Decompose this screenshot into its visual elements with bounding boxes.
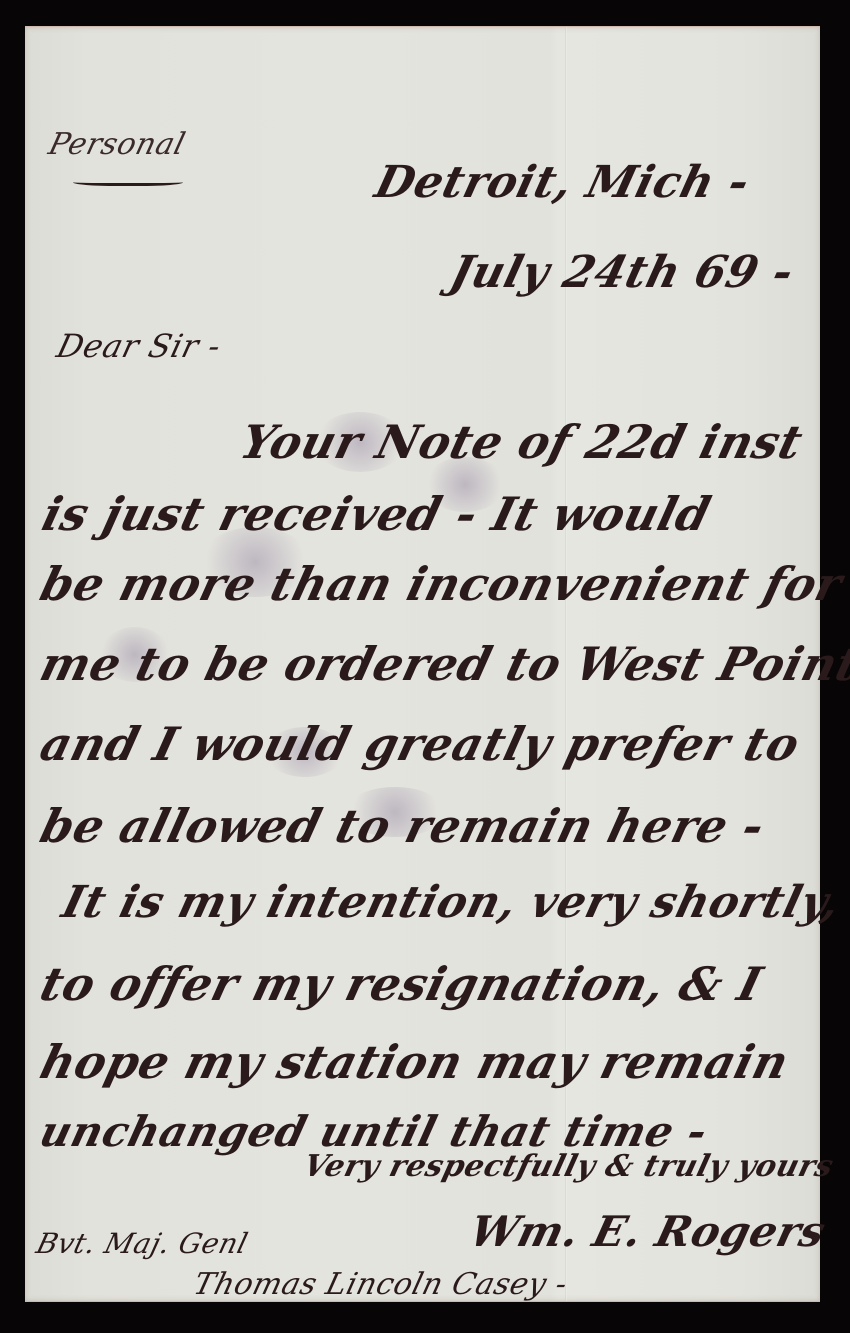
body-line: and I would greatly prefer to	[35, 717, 805, 771]
letter-place: Detroit, Mich -	[370, 157, 755, 208]
body-line: hope my station may remain	[35, 1035, 794, 1089]
scan-background: Personal Detroit, Mich - July 24th 69 - …	[0, 0, 850, 1333]
salutation: Dear Sir -	[53, 327, 225, 365]
letter-date: July 24th 69 -	[445, 247, 799, 298]
signature: Wm. E. Rogers	[465, 1207, 831, 1256]
personal-underline	[73, 177, 183, 186]
body-line: be allowed to remain here -	[35, 799, 770, 853]
body-line: be more than inconvenient for	[35, 557, 848, 611]
body-line: to offer my resignation, & I	[35, 957, 768, 1011]
body-line: is just received - It would	[37, 487, 716, 541]
body-line: Your Note of 22d inst	[235, 415, 808, 469]
letter-page: Personal Detroit, Mich - July 24th 69 - …	[25, 26, 820, 1302]
personal-note: Personal	[45, 127, 189, 162]
body-line: me to be ordered to West Point	[35, 637, 850, 691]
body-line: It is my intention, very shortly,	[57, 877, 845, 928]
closing: Very respectfully & truly yours	[300, 1149, 837, 1184]
addressee-name: Thomas Lincoln Casey -	[190, 1267, 571, 1302]
addressee-title: Bvt. Maj. Genl	[33, 1227, 251, 1260]
